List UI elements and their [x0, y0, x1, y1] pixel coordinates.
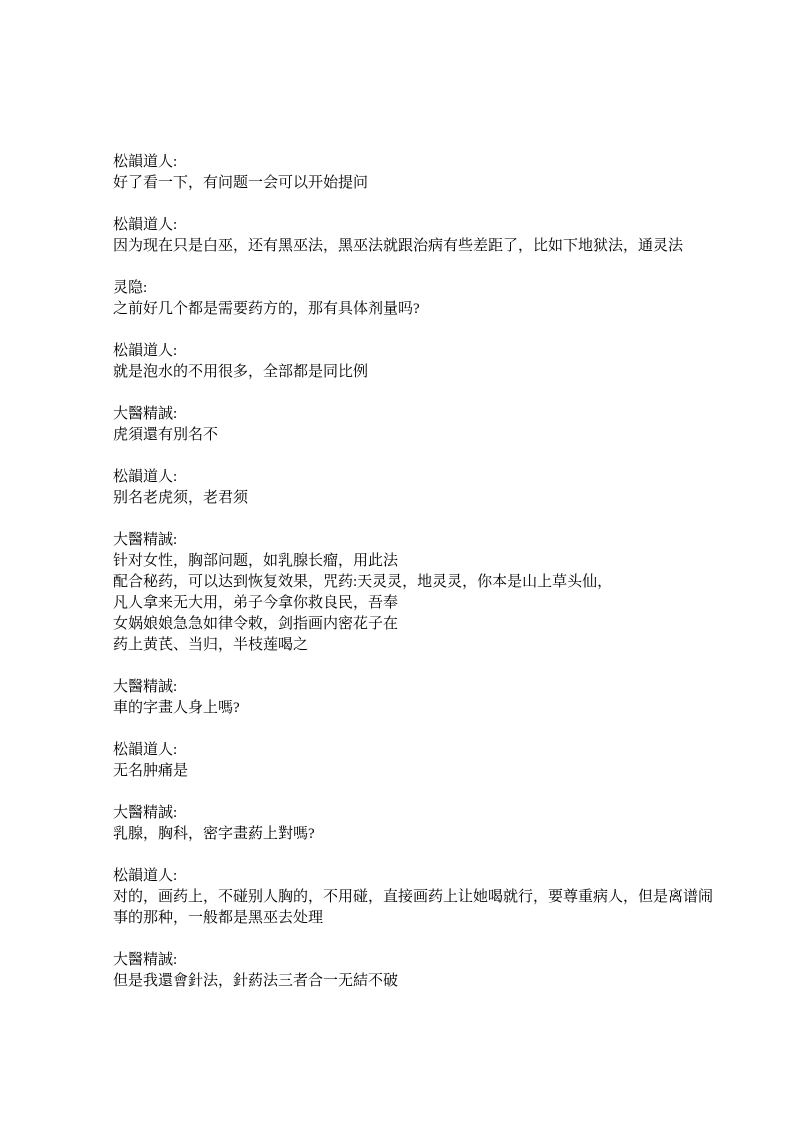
message-line: 对的，画药上，不碰别人胸的，不用碰，直接画药上让她喝就行，要尊重病人，但是离谱闹: [113, 887, 693, 908]
speaker-name: 松韻道人:: [113, 740, 693, 761]
message-block: 大醫精誠:虎須還有別名不: [113, 404, 693, 446]
speaker-name: 松韻道人:: [113, 866, 693, 887]
speaker-name: 松韻道人:: [113, 215, 693, 236]
message-line: 凡人拿来无大用，弟子今拿你救良民，吾奉: [113, 593, 693, 614]
message-line: 因为现在只是白巫，还有黑巫法，黑巫法就跟治病有些差距了，比如下地狱法，通灵法: [113, 236, 693, 257]
message-block: 松韻道人:别名老虎须，老君须: [113, 467, 693, 509]
speaker-name: 大醫精誠:: [113, 677, 693, 698]
message-line: 针对女性，胸部问题，如乳腺长瘤，用此法: [113, 551, 693, 572]
message-block: 松韻道人:对的，画药上，不碰别人胸的，不用碰，直接画药上让她喝就行，要尊重病人，…: [113, 866, 693, 929]
message-line: 車的字畫人身上嗎?: [113, 698, 693, 719]
speaker-name: 松韻道人:: [113, 152, 693, 173]
speaker-name: 灵隐:: [113, 278, 693, 299]
message-line: 乳腺，胸科，密字畫葯上對嗎?: [113, 824, 693, 845]
message-block: 大醫精誠:但是我還會針法，針葯法三者合一无結不破: [113, 950, 693, 992]
message-line: 配合秘药，可以达到恢复效果，咒药:天灵灵，地灵灵，你本是山上草头仙，: [113, 572, 693, 593]
speaker-name: 大醫精誠:: [113, 803, 693, 824]
message-line: 虎須還有別名不: [113, 425, 693, 446]
chat-transcript: 松韻道人:好了看一下，有问题一会可以开始提问松韻道人:因为现在只是白巫，还有黑巫…: [113, 152, 693, 1013]
message-block: 松韻道人:好了看一下，有问题一会可以开始提问: [113, 152, 693, 194]
message-block: 灵隐:之前好几个都是需要药方的，那有具体剂量吗?: [113, 278, 693, 320]
message-block: 松韻道人:就是泡水的不用很多，全部都是同比例: [113, 341, 693, 383]
message-block: 大醫精誠:针对女性，胸部问题，如乳腺长瘤，用此法配合秘药，可以达到恢复效果，咒药…: [113, 530, 693, 656]
message-line: 女娲娘娘急急如律令敕，剑指画内密花子在: [113, 614, 693, 635]
message-line: 就是泡水的不用很多，全部都是同比例: [113, 362, 693, 383]
message-line: 但是我還會針法，針葯法三者合一无結不破: [113, 971, 693, 992]
speaker-name: 大醫精誠:: [113, 950, 693, 971]
message-line: 之前好几个都是需要药方的，那有具体剂量吗?: [113, 299, 693, 320]
message-block: 大醫精誠:乳腺，胸科，密字畫葯上對嗎?: [113, 803, 693, 845]
message-line: 药上黄芪、当归，半枝莲喝之: [113, 635, 693, 656]
message-block: 松韻道人:无名肿痛是: [113, 740, 693, 782]
message-line: 事的那种，一般都是黑巫去处理: [113, 908, 693, 929]
message-block: 松韻道人:因为现在只是白巫，还有黑巫法，黑巫法就跟治病有些差距了，比如下地狱法，…: [113, 215, 693, 257]
message-line: 好了看一下，有问题一会可以开始提问: [113, 173, 693, 194]
speaker-name: 大醫精誠:: [113, 530, 693, 551]
document-page: 松韻道人:好了看一下，有问题一会可以开始提问松韻道人:因为现在只是白巫，还有黑巫…: [0, 0, 794, 1123]
message-line: 别名老虎须，老君须: [113, 488, 693, 509]
message-block: 大醫精誠:車的字畫人身上嗎?: [113, 677, 693, 719]
speaker-name: 松韻道人:: [113, 467, 693, 488]
message-line: 无名肿痛是: [113, 761, 693, 782]
speaker-name: 大醫精誠:: [113, 404, 693, 425]
speaker-name: 松韻道人:: [113, 341, 693, 362]
